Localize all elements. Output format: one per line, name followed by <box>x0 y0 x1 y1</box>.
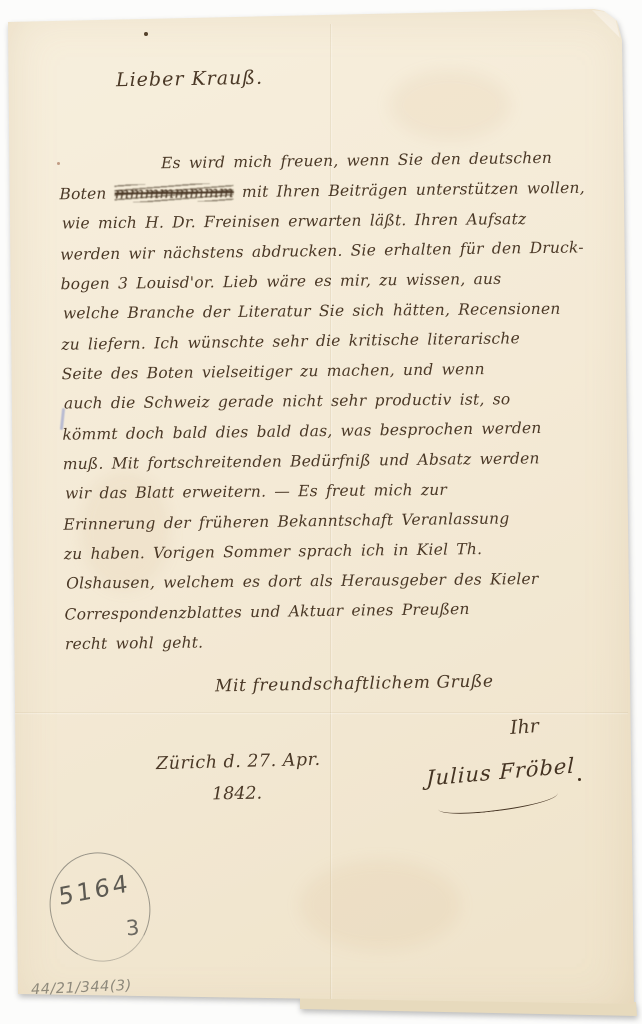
place-date-line: Zürich d. 27. Apr. <box>156 750 321 774</box>
salutation: Lieber Krauß. <box>116 67 263 92</box>
paper-stain <box>300 860 460 950</box>
closing-greeting: Mit freundschaftlichem Gruße <box>215 672 494 697</box>
circled-inventory-number: 5164 <box>57 869 131 911</box>
letter-line: Olshausen, welchem es dort als Herausgeb… <box>66 563 596 598</box>
letter-line-text: mit Ihren Beiträgen unterstützen wollen, <box>234 179 585 201</box>
letter-line: recht wohl geht. <box>65 623 595 659</box>
letter-line: welche Branche der Literatur Sie sich hä… <box>63 293 593 328</box>
letter-line: Erinnerung der früheren Bekanntschaft Ve… <box>63 502 593 539</box>
valediction: Ihr <box>509 715 539 739</box>
letter-line: zu haben. Vorigen Sommer sprach ich in K… <box>64 533 594 569</box>
signature-period <box>578 778 581 781</box>
paper-stain <box>80 470 170 590</box>
paper-speck <box>57 162 60 165</box>
paper-stack: Lieber Krauß. Es wird mich freuen, wenn … <box>0 0 642 1024</box>
letter-sheet: Lieber Krauß. Es wird mich freuen, wenn … <box>0 0 642 1024</box>
letter-line: Seite des Boten vielseitiger zu machen, … <box>61 353 591 389</box>
torn-corner <box>0 0 642 1024</box>
letter-line: kömmt doch bald dies bald das, was bespr… <box>62 412 592 449</box>
signature: Julius Fröbel <box>426 753 575 790</box>
letter-line-text: Boten <box>59 185 114 204</box>
sheet-number: 3 <box>125 915 140 940</box>
horizontal-fold-crease <box>14 712 628 713</box>
letter-line: wie mich H. Dr. Freinisen erwarten läßt.… <box>62 203 592 238</box>
letter-body: Es wird mich freuen, wenn Sie den deutsc… <box>59 143 595 659</box>
letter-line: werden wir nächstens abdrucken. Sie erha… <box>60 232 590 269</box>
signature-flourish <box>437 786 558 817</box>
letter-line: zu liefern. Ich wünschte sehr die kritis… <box>61 322 591 359</box>
date-year-line: 1842. <box>212 784 262 805</box>
archive-shelfmark: 44/21/344(3) <box>31 978 132 998</box>
letter-line: Correspondenzblattes und Aktuar eines Pr… <box>64 592 594 629</box>
letter-line: Boten mmmmmmmm mit Ihren Beiträgen unter… <box>59 173 589 209</box>
paper-stain <box>390 70 510 140</box>
pinhole-mark <box>144 32 148 36</box>
letter-line: Es wird mich freuen, wenn Sie den deutsc… <box>59 142 589 179</box>
letter-line: bogen 3 Louisd'or. Lieb wäre es mir, zu … <box>60 263 590 299</box>
letter-line: muß. Mit fortschreitenden Bedürfniß und … <box>63 443 593 479</box>
letter-line: auch die Schweiz gerade nicht sehr produ… <box>64 383 594 418</box>
pencil-circle <box>37 840 163 973</box>
struck-out-word: mmmmmmmm <box>115 183 234 202</box>
letter-line: wir das Blatt erweitern. — Es freut mich… <box>65 473 595 508</box>
blue-pencil-mark <box>60 408 65 430</box>
scanned-letter-page: Lieber Krauß. Es wird mich freuen, wenn … <box>0 0 642 1024</box>
vertical-fold-crease <box>330 24 331 999</box>
